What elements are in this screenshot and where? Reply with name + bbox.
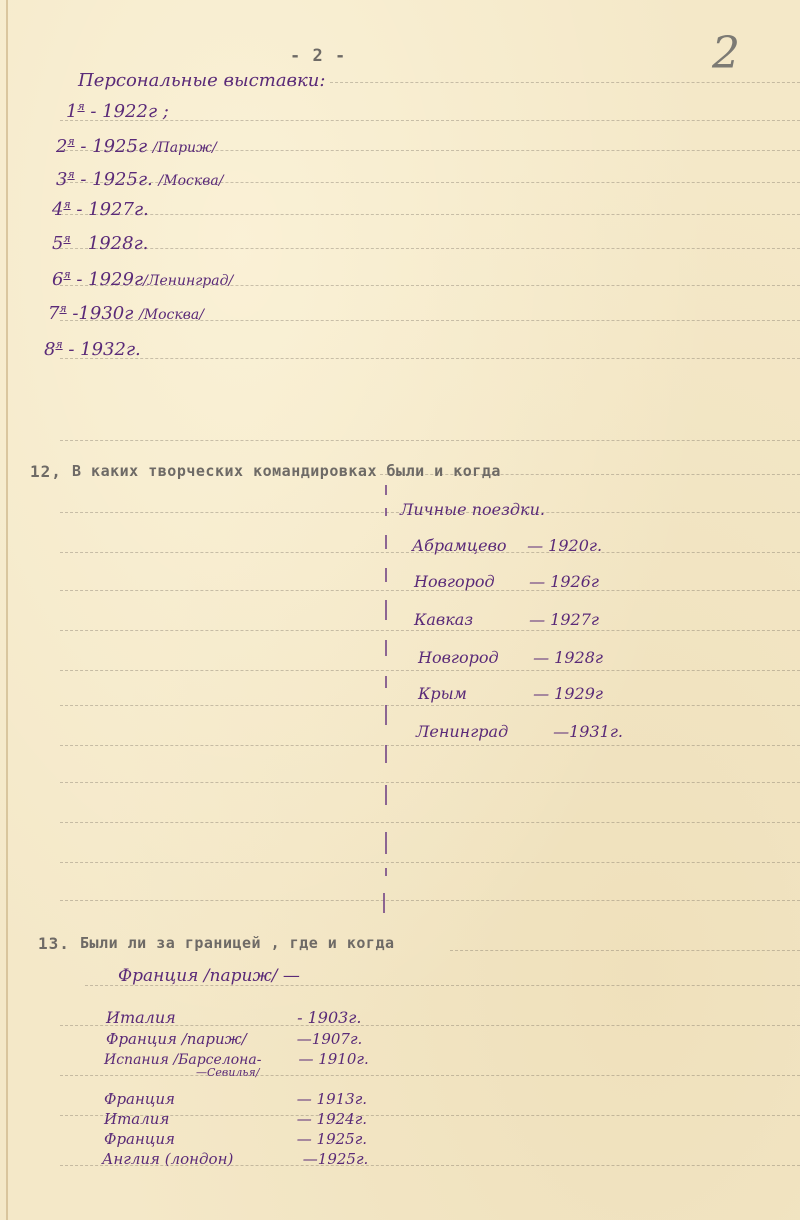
trip-place: Абрамцево	[412, 536, 522, 555]
trip-year: — 1927г	[529, 610, 599, 629]
exhibition-ordinal: 8	[44, 339, 55, 360]
exhibition-ordinal: 4	[52, 199, 63, 220]
question-13-number: 13.	[38, 934, 70, 953]
trip-row: Абрамцево — 1920г.	[412, 536, 602, 555]
exhibition-place: /Париж/	[153, 140, 217, 156]
margin-tick	[385, 676, 387, 688]
ruled-line	[60, 214, 800, 215]
abroad-first-entry: Франция /париж/ —	[118, 966, 300, 986]
ordinal-suffix: я	[55, 338, 62, 351]
margin-tick	[385, 832, 387, 854]
exhibition-item: 3я - 1925г. /Москва/	[56, 168, 223, 190]
abroad-year: —1925г.	[303, 1150, 369, 1168]
ordinal-suffix: я	[63, 268, 70, 281]
ruled-line	[60, 705, 800, 706]
trip-year: —1931г.	[553, 722, 623, 741]
abroad-place: Франция	[104, 1090, 292, 1108]
exhibition-ordinal: 5	[52, 233, 63, 254]
exhibition-item: 4я - 1927г.	[52, 198, 149, 220]
abroad-place: Италия	[104, 1110, 292, 1128]
trip-year: — 1926г	[529, 572, 599, 591]
margin-tick	[385, 705, 387, 725]
exhibition-year: -1930г	[72, 303, 133, 324]
abroad-year: — 1924г.	[297, 1110, 367, 1128]
trip-year: — 1929г	[533, 684, 603, 703]
abroad-year: — 1910г.	[298, 1050, 368, 1068]
ordinal-suffix: я	[67, 135, 74, 148]
trip-year: — 1928г	[533, 648, 603, 667]
exhibition-year: - 1922г ;	[90, 101, 169, 122]
abroad-row: Италия - 1903г.	[106, 1008, 361, 1027]
abroad-row: Франция /париж/ —1907г.	[106, 1030, 362, 1048]
exhibition-item: 7я -1930г /Москва/	[48, 302, 204, 324]
abroad-year: — 1925г.	[297, 1130, 367, 1148]
margin-tick	[385, 508, 387, 516]
ruled-line	[60, 1075, 800, 1076]
margin-tick	[385, 568, 387, 582]
exhibition-ordinal: 2	[56, 136, 67, 157]
ordinal-suffix: я	[59, 302, 66, 315]
ruled-line	[60, 670, 800, 671]
ruled-line	[60, 358, 800, 359]
trip-place: Крым	[418, 684, 528, 703]
ruled-line	[60, 120, 800, 121]
exhibition-place: /Ленинград/	[143, 273, 233, 289]
page-margin-edge	[6, 0, 8, 1220]
exhibition-year: 1928г.	[88, 233, 149, 254]
ordinal-suffix: я	[67, 168, 74, 181]
abroad-row: Франция — 1913г.	[104, 1090, 367, 1108]
abroad-place: Англия (лондон)	[102, 1150, 298, 1168]
exhibition-ordinal: 3	[56, 169, 67, 190]
exhibition-year: - 1925г	[80, 136, 147, 157]
ordinal-suffix: я	[63, 198, 70, 211]
trips-heading: Личные поездки.	[400, 500, 545, 519]
ordinal-suffix: я	[63, 232, 70, 245]
trip-row: Новгород — 1928г	[418, 648, 603, 667]
trip-place: Новгород	[418, 648, 528, 667]
ruled-line	[60, 862, 800, 863]
ruled-line	[60, 822, 800, 823]
abroad-row: Франция — 1925г.	[104, 1130, 367, 1148]
question-12-number: 12,	[30, 462, 62, 481]
exhibition-ordinal: 7	[48, 303, 59, 324]
exhibition-place: /Москва/	[139, 307, 204, 323]
margin-tick	[385, 485, 387, 495]
abroad-row: Англия (лондон) —1925г.	[102, 1150, 368, 1168]
abroad-year: — 1913г.	[297, 1090, 367, 1108]
trip-row: Кавказ — 1927г	[414, 610, 599, 629]
ruled-line	[60, 782, 800, 783]
exhibition-ordinal: 6	[52, 269, 63, 290]
ruled-line	[60, 745, 800, 746]
exhibition-item: 8я - 1932г.	[44, 338, 141, 360]
abroad-row: Италия — 1924г.	[104, 1110, 367, 1128]
exhibition-item: 1я - 1922г ;	[66, 100, 169, 122]
trip-place: Кавказ	[414, 610, 524, 629]
exhibition-year: - 1927г.	[76, 199, 148, 220]
trip-place: Новгород	[414, 572, 524, 591]
abroad-year: —1907г.	[297, 1030, 363, 1048]
trip-row: Ленинград —1931г.	[416, 722, 623, 741]
trip-year: — 1920г.	[527, 536, 602, 555]
margin-tick	[385, 785, 387, 805]
exhibition-item: 6я - 1929г/Ленинград/	[52, 268, 233, 290]
abroad-place: Италия	[106, 1008, 292, 1027]
ruled-line	[330, 82, 800, 83]
exhibition-ordinal: 1	[66, 101, 77, 122]
ruled-line	[60, 440, 800, 441]
exhibition-place: /Москва/	[159, 173, 224, 189]
ruled-line	[60, 630, 800, 631]
question-13-text: Были ли за границей , где и когда	[80, 934, 395, 952]
exhibition-year: - 1929г	[76, 269, 143, 290]
abroad-place: Франция	[104, 1130, 292, 1148]
abroad-place-continuation: —Севилья/	[196, 1066, 259, 1079]
margin-tick	[383, 893, 385, 913]
trip-row: Новгород — 1926г	[414, 572, 599, 591]
question-12-text: В каких творческих командировках были и …	[72, 462, 501, 480]
ruled-line	[60, 248, 800, 249]
margin-tick	[385, 745, 387, 763]
document-page: - 2 - 2 Персональные выставки: 1я - 1922…	[0, 0, 800, 1220]
abroad-year: - 1903г.	[297, 1008, 361, 1027]
typed-page-number: - 2 -	[290, 46, 346, 66]
exhibition-year: - 1932г.	[68, 339, 140, 360]
ordinal-suffix: я	[77, 100, 84, 113]
ruled-line	[60, 900, 800, 901]
exhibitions-title: Персональные выставки:	[78, 70, 325, 91]
margin-tick	[385, 600, 387, 620]
exhibition-year: - 1925г.	[80, 169, 152, 190]
trip-row: Крым — 1929г	[418, 684, 603, 703]
margin-tick	[385, 535, 387, 549]
abroad-place: Франция /париж/	[106, 1030, 292, 1048]
exhibition-item: 5я 1928г.	[52, 232, 148, 254]
margin-tick	[385, 640, 387, 656]
exhibition-item: 2я - 1925г /Париж/	[56, 135, 217, 157]
ruled-line	[450, 950, 800, 951]
pencil-page-number: 2	[712, 28, 740, 79]
trip-place: Ленинград	[416, 722, 548, 741]
margin-tick	[385, 868, 387, 876]
